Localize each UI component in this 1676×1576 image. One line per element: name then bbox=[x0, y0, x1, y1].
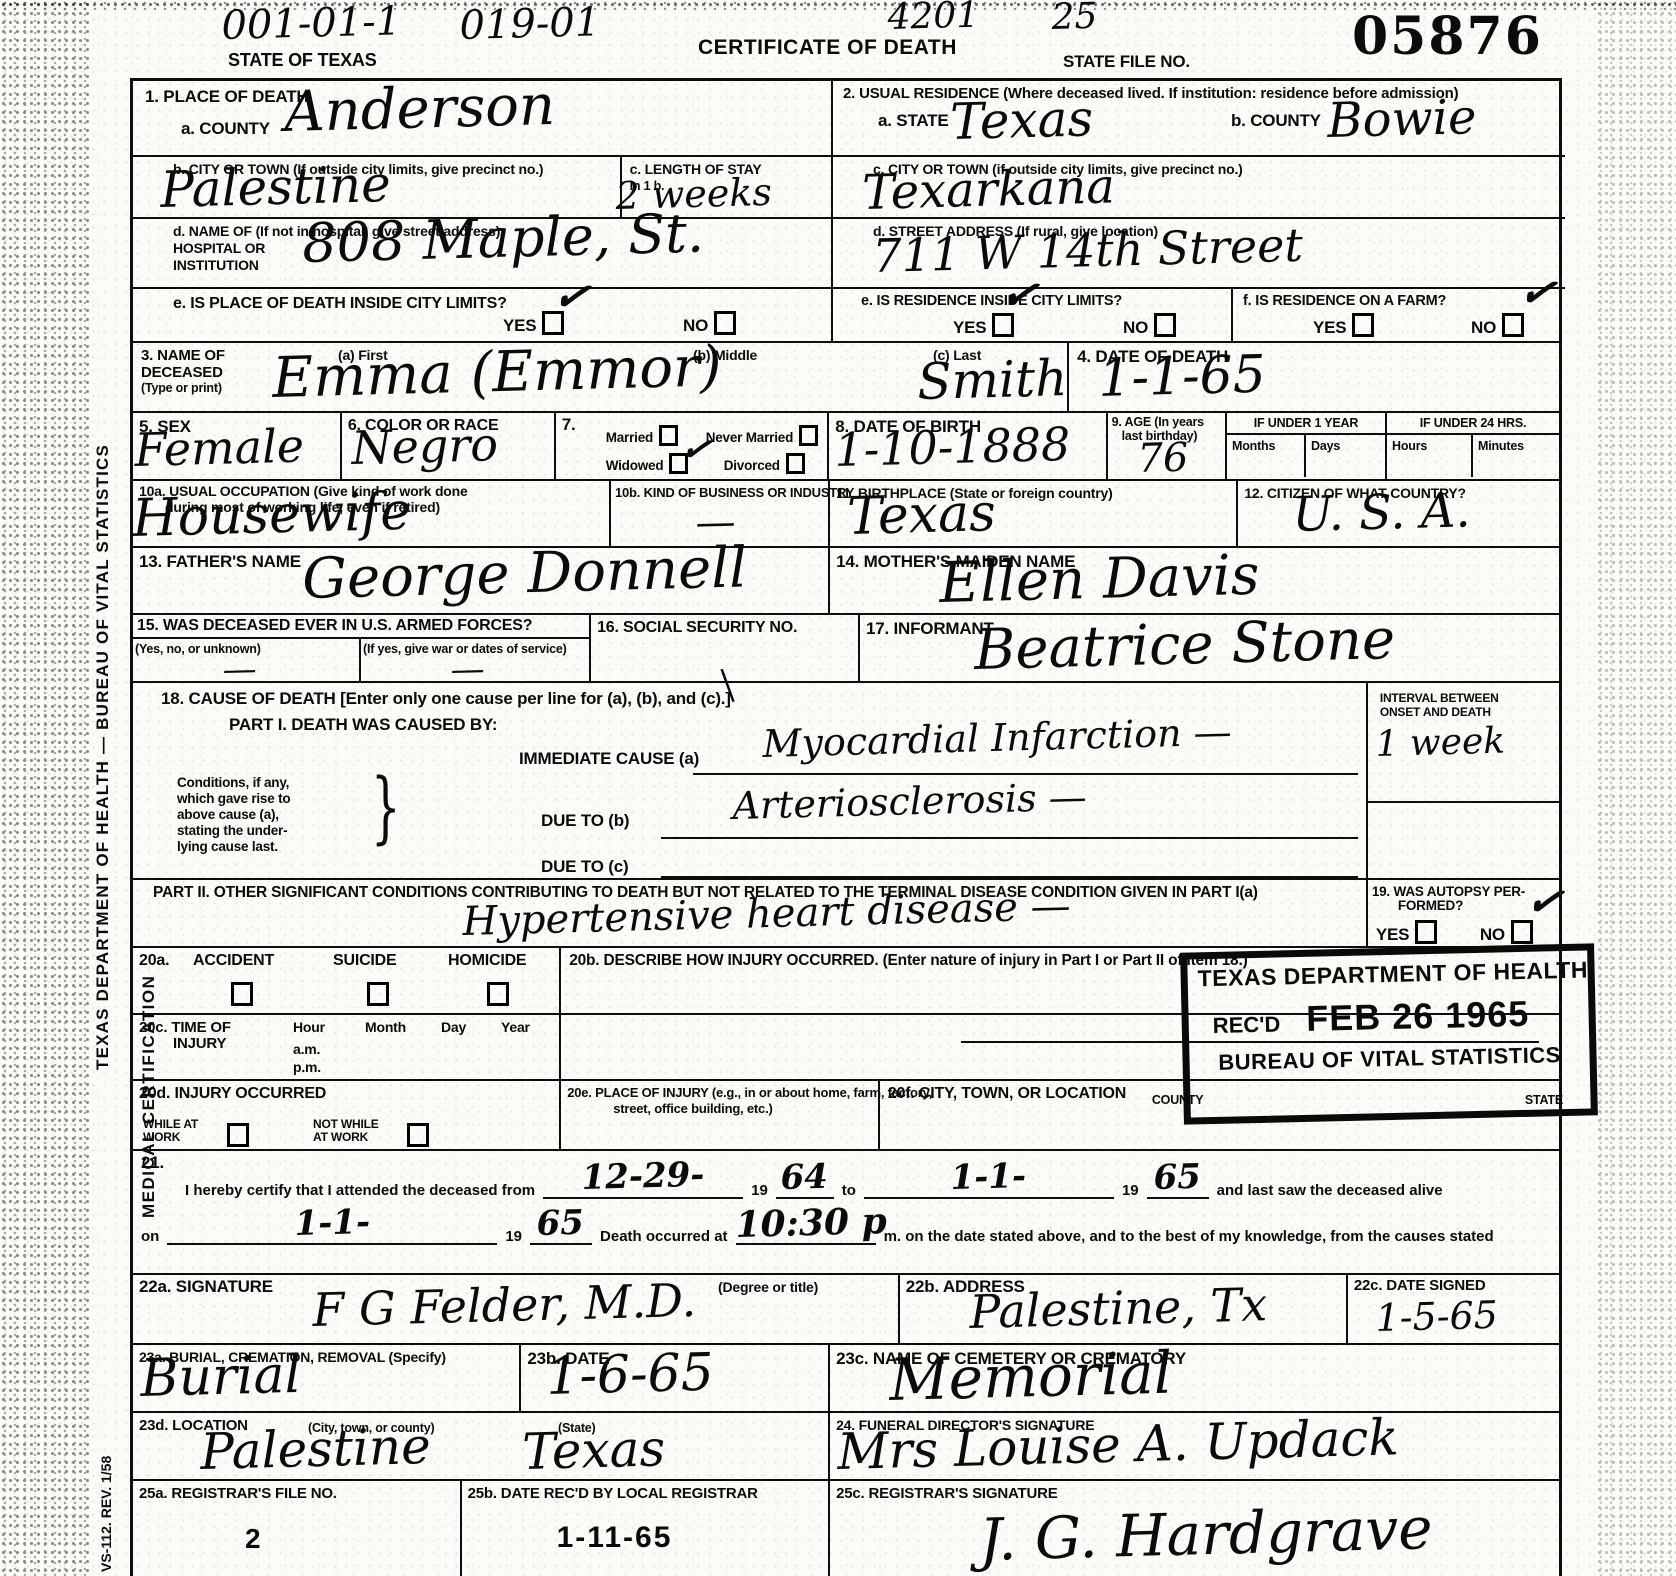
minutes-label: Minutes bbox=[1478, 439, 1524, 453]
not-while-at-work-checkbox bbox=[407, 1123, 429, 1147]
hospital-label-2: HOSPITAL OR bbox=[173, 240, 265, 256]
section-2-usual-residence: 2. USUAL RESIDENCE (Where deceased lived… bbox=[833, 81, 1565, 341]
section-21-certification: 21. I hereby certify that I attended the… bbox=[133, 1151, 1559, 1275]
state-file-no-label: STATE FILE NO. bbox=[1063, 52, 1190, 72]
section-17-informant: 17. INFORMANT Beatrice Stone bbox=[860, 615, 1559, 681]
section-20a-manner: 20a. ACCIDENT SUICIDE HOMICIDE bbox=[133, 948, 561, 1013]
part2-conditions: PART II. OTHER SIGNIFICANT CONDITIONS CO… bbox=[133, 880, 1368, 946]
registrar-signature-label: 25c. REGISTRAR'S SIGNATURE bbox=[836, 1485, 1057, 1502]
birthplace-value: Texas bbox=[847, 487, 997, 543]
year-prefix-1: 19 bbox=[751, 1182, 768, 1199]
death-occurred-label: Death occurred at bbox=[600, 1228, 728, 1245]
month-label: Month bbox=[365, 1019, 406, 1035]
registrar-file-no-value: 2 bbox=[245, 1523, 261, 1555]
res-farm-yes-checkbox bbox=[1352, 313, 1374, 337]
section-16-ssn: 16. SOCIAL SECURITY NO. — bbox=[591, 615, 860, 681]
married-checkbox bbox=[659, 425, 678, 446]
marital-label: 7. bbox=[562, 415, 576, 435]
last-seen-value: 1-1- bbox=[294, 1205, 370, 1241]
registrar-signature-value: J. G. Hardgrave bbox=[979, 1499, 1434, 1569]
business-label: 10b. KIND OF BUSINESS OR INDUSTRY bbox=[615, 485, 854, 500]
immediate-cause-line bbox=[693, 773, 1358, 775]
year-prefix-3: 19 bbox=[505, 1228, 522, 1245]
certificate-form: 1. PLACE OF DEATH a. COUNTY Anderson b. … bbox=[130, 78, 1562, 1576]
date-of-death-value: 1-1-65 bbox=[1098, 349, 1267, 405]
days-label: Days bbox=[1311, 439, 1340, 453]
scan-noise-left bbox=[0, 0, 92, 1576]
location-city-value: Palestine bbox=[200, 1421, 432, 1477]
res-farm-no-check: ✓ bbox=[1515, 268, 1559, 318]
hospital-value: 808 Maple, St. bbox=[302, 207, 705, 271]
not-while-at-work-label-1: NOT WHILE bbox=[313, 1117, 379, 1131]
armed-forces-value1: — bbox=[222, 652, 257, 687]
day-label: Day bbox=[441, 1019, 466, 1035]
if-under-24-hrs: IF UNDER 24 HRS. Hours Minutes bbox=[1387, 413, 1559, 479]
county-label: a. COUNTY bbox=[181, 119, 270, 139]
age-label-1: 9. AGE (In years bbox=[1112, 415, 1204, 429]
section-3-name-of-deceased: 3. NAME OF DECEASED (Type or print) (a) … bbox=[133, 343, 1069, 411]
margin-department-text: TEXAS DEPARTMENT OF HEALTH — BUREAU OF V… bbox=[93, 444, 113, 1070]
while-at-work-checkbox bbox=[227, 1123, 249, 1147]
residence-city-value: Texarkana bbox=[862, 162, 1116, 217]
physician-signature-value: F G Felder, M.D. bbox=[312, 1277, 697, 1333]
year-1-line: 64 bbox=[776, 1177, 834, 1199]
section-25a-registrar-file-no: 25a. REGISTRAR'S FILE NO. 2 bbox=[133, 1481, 462, 1576]
never-married-label: Never Married bbox=[706, 425, 818, 446]
attended-from-line: 12-29- bbox=[543, 1177, 743, 1199]
due-to-b-value: Arteriosclerosis — bbox=[732, 778, 1087, 825]
attended-to-value: 1-1- bbox=[950, 1159, 1026, 1195]
autopsy-yes-label: YES bbox=[1376, 920, 1437, 945]
state-of-texas-label: STATE OF TEXAS bbox=[228, 50, 377, 71]
section-14-mother: 14. MOTHER'S MAIDEN NAME Ellen Davis bbox=[830, 548, 1559, 613]
section-8-date-of-birth: 8. DATE OF BIRTH 1-10-1888 bbox=[829, 413, 1107, 479]
race-value: Negro bbox=[351, 421, 499, 471]
certify-text-2: and last saw the deceased alive bbox=[1217, 1182, 1443, 1199]
hour-label: Hour bbox=[293, 1019, 325, 1035]
name-label-3: (Type or print) bbox=[141, 381, 222, 395]
degree-or-title-label: (Degree or title) bbox=[718, 1279, 818, 1295]
citizen-value: U. S. A. bbox=[1292, 486, 1471, 539]
section-23c-cemetery: 23c. NAME OF CEMETERY OR CREMATORY Memor… bbox=[830, 1345, 1559, 1411]
stamp-recd-label: REC'D bbox=[1212, 1011, 1280, 1039]
section-22b-address: 22b. ADDRESS Palestine, Tx bbox=[900, 1275, 1348, 1343]
father-value: George Donnell bbox=[302, 540, 748, 608]
date-signed-value: 1-5-65 bbox=[1375, 1296, 1498, 1337]
res-farm-yes-label: YES bbox=[1313, 313, 1374, 338]
interval-label-1: INTERVAL BETWEEN bbox=[1380, 691, 1499, 705]
widowed-label: Widowed bbox=[606, 453, 689, 474]
received-stamp: TEXAS DEPARTMENT OF HEALTH REC'D FEB 26 … bbox=[1180, 943, 1598, 1124]
on-label: on bbox=[141, 1228, 159, 1245]
section-4-date-of-death: 4. DATE OF DEATH 1-1-65 bbox=[1069, 343, 1559, 411]
pod-city-limits-yes-check: ✓ bbox=[549, 272, 593, 322]
section-15-armed-forces: 15. WAS DECEASED EVER IN U.S. ARMED FORC… bbox=[133, 615, 591, 681]
cemetery-value: Memorial bbox=[889, 1344, 1173, 1409]
pm-label: p.m. bbox=[293, 1059, 321, 1075]
certify-text-1: I hereby certify that I attended the dec… bbox=[185, 1182, 535, 1199]
to-label: to bbox=[842, 1182, 856, 1199]
year-3-value: 65 bbox=[536, 1206, 584, 1241]
residence-state-value: Texas bbox=[950, 93, 1094, 147]
married-label: Married bbox=[606, 425, 678, 446]
part1-label: PART I. DEATH WAS CAUSED BY: bbox=[229, 715, 497, 735]
section-20e-place-of-injury: 20e. PLACE OF INJURY (e.g., in or about … bbox=[561, 1081, 880, 1149]
res-farm-no-label: NO bbox=[1471, 313, 1524, 338]
hours-label: Hours bbox=[1392, 439, 1427, 453]
place-of-injury-label-1: 20e. PLACE OF INJURY (e.g., in or about … bbox=[567, 1085, 932, 1100]
section-6-color-or-race: 6. COLOR OR RACE Negro bbox=[342, 413, 556, 479]
conditions-brace: } bbox=[371, 769, 401, 847]
homicide-label: HOMICIDE bbox=[448, 952, 526, 970]
armed-forces-value2: — bbox=[450, 652, 485, 687]
suicide-label: SUICIDE bbox=[333, 952, 397, 970]
age-value: 76 bbox=[1137, 438, 1189, 479]
section-23d-location: 23d. LOCATION (City, town, or county) (S… bbox=[133, 1413, 830, 1479]
section-25c-registrar-signature: 25c. REGISTRAR'S SIGNATURE J. G. Hardgra… bbox=[830, 1481, 1559, 1576]
year-2-line: 65 bbox=[1147, 1177, 1209, 1199]
section-24-funeral-director: 24. FUNERAL DIRECTOR'S SIGNATURE Mrs Lou… bbox=[830, 1413, 1559, 1479]
section-22c-date-signed: 22c. DATE SIGNED 1-5-65 bbox=[1348, 1275, 1559, 1343]
accident-label: ACCIDENT bbox=[193, 952, 274, 970]
conditions-line-3: above cause (a), bbox=[177, 807, 279, 822]
under-24-hrs-label: IF UNDER 24 HRS. bbox=[1387, 413, 1559, 435]
section-18-cause-of-death: 18. CAUSE OF DEATH [Enter only one cause… bbox=[133, 683, 1368, 878]
date-recd-value: 1-11-65 bbox=[557, 1521, 673, 1555]
year-1-value: 64 bbox=[780, 1160, 828, 1195]
father-label: 13. FATHER'S NAME bbox=[139, 552, 301, 572]
date-of-birth-value: 1-10-1888 bbox=[834, 421, 1071, 473]
divorced-label: Divorced bbox=[724, 453, 805, 474]
interval-value: 1 week bbox=[1375, 724, 1505, 763]
res-city-limits-no-checkbox bbox=[1154, 313, 1176, 337]
year-label: Year bbox=[501, 1019, 530, 1035]
interval-column: INTERVAL BETWEEN ONSET AND DEATH 1 week bbox=[1368, 683, 1559, 878]
year-3-line: 65 bbox=[530, 1223, 592, 1245]
ssn-label: 16. SOCIAL SECURITY NO. bbox=[597, 619, 797, 637]
physician-signature-label: 22a. SIGNATURE bbox=[139, 1277, 273, 1297]
conditions-line-5: lying cause last. bbox=[177, 839, 278, 854]
section-23b-burial-date: 23b. DATE 1-6-65 bbox=[521, 1345, 830, 1411]
location-state-value: Texas bbox=[522, 1423, 666, 1477]
physician-address-value: Palestine, Tx bbox=[969, 1281, 1268, 1335]
due-to-b-line bbox=[661, 837, 1358, 839]
time-of-injury-label-2: INJURY bbox=[173, 1035, 226, 1052]
am-label: a.m. bbox=[293, 1041, 320, 1057]
margin-form-number: VS-112. REV. 1/58 bbox=[98, 1456, 114, 1572]
year-2-value: 65 bbox=[1153, 1160, 1201, 1195]
accident-checkbox bbox=[231, 982, 253, 1006]
funeral-director-value: Mrs Louise A. Updack bbox=[837, 1412, 1400, 1477]
describe-injury-label: 20b. DESCRIBE HOW INJURY OCCURRED. (Ente… bbox=[569, 952, 1247, 970]
suicide-checkbox bbox=[367, 982, 389, 1006]
section-23a-burial: 23a. BURIAL, CREMATION, REMOVAL (Specify… bbox=[133, 1345, 521, 1411]
name-label-1: 3. NAME OF bbox=[141, 347, 225, 364]
street-address-value: 711 W 14th Street bbox=[872, 222, 1304, 279]
scan-noise-right bbox=[1596, 0, 1676, 1576]
stamp-line-1: TEXAS DEPARTMENT OF HEALTH bbox=[1197, 957, 1578, 993]
first-middle-name-value: Emma (Emmor) bbox=[272, 339, 723, 407]
due-to-b-label: DUE TO (b) bbox=[541, 811, 629, 831]
res-city-limits-no-label: NO bbox=[1123, 313, 1176, 338]
handwritten-code-mid: 019-01 bbox=[459, 2, 601, 46]
last-name-value: Smith bbox=[917, 353, 1068, 407]
handwritten-code-left: 001-01-1 bbox=[221, 1, 402, 46]
manner-label: 20a. bbox=[139, 952, 169, 970]
city-or-town-value: Palestine bbox=[160, 159, 392, 215]
residence-county-label: b. COUNTY bbox=[1231, 111, 1321, 131]
divorced-checkbox bbox=[786, 453, 805, 474]
autopsy-label-1: 19. WAS AUTOPSY PER- bbox=[1372, 884, 1525, 899]
death-time-value: 10:30 p bbox=[735, 1203, 887, 1243]
place-of-injury-label-2: street, office building, etc.) bbox=[613, 1101, 772, 1116]
burial-value: Burial bbox=[140, 1349, 302, 1405]
section-5-sex: 5. SEX Female bbox=[133, 413, 342, 479]
autopsy-yes-checkbox bbox=[1415, 920, 1437, 944]
cause-of-death-label: 18. CAUSE OF DEATH [Enter only one cause… bbox=[161, 689, 731, 709]
mother-value: Ellen Davis bbox=[939, 548, 1261, 612]
stamp-date: FEB 26 1965 bbox=[1306, 993, 1530, 1040]
due-to-c-line bbox=[661, 876, 1358, 878]
if-under-1-year: IF UNDER 1 YEAR Months Days bbox=[1227, 413, 1387, 479]
interval-label-2: ONSET AND DEATH bbox=[1380, 705, 1491, 719]
stamp-line-3: BUREAU OF VITAL STATISTICS bbox=[1199, 1042, 1579, 1077]
pod-city-limits-label: e. IS PLACE OF DEATH INSIDE CITY LIMITS? bbox=[173, 295, 507, 313]
certificate-title: CERTIFICATE OF DEATH bbox=[698, 36, 957, 60]
section-13-father: 13. FATHER'S NAME George Donnell bbox=[133, 548, 830, 613]
interval-divider-line bbox=[1368, 801, 1559, 803]
pod-city-limits-no-label: NO bbox=[683, 311, 736, 336]
sex-value: Female bbox=[134, 423, 305, 473]
certify-text-3: m. on the date stated above, and to the … bbox=[884, 1228, 1494, 1245]
pod-city-limits-no-checkbox bbox=[714, 311, 736, 335]
injury-occurred-label: 20d. INJURY OCCURRED bbox=[139, 1085, 326, 1103]
burial-date-value: 1-6-65 bbox=[546, 1347, 715, 1403]
handwritten-file-code-2: 25 bbox=[1051, 0, 1098, 36]
conditions-line-2: which gave rise to bbox=[177, 791, 290, 806]
not-while-at-work-label-2: AT WORK bbox=[313, 1130, 368, 1144]
never-married-checkbox bbox=[799, 425, 818, 446]
section-7-marital-status: 7. Married Never Married Widowed ✓ Divor… bbox=[556, 413, 830, 479]
hospital-label-3: INSTITUTION bbox=[173, 257, 259, 273]
occupation-value: Housewife bbox=[132, 486, 412, 545]
section-1-place-of-death: 1. PLACE OF DEATH a. COUNTY Anderson b. … bbox=[133, 81, 833, 341]
section-10a-occupation: 10a. USUAL OCCUPATION (Give kind of work… bbox=[133, 481, 611, 546]
autopsy-label-2: FORMED? bbox=[1398, 898, 1463, 913]
date-recd-label: 25b. DATE REC'D BY LOCAL REGISTRAR bbox=[468, 1485, 758, 1502]
section-12-citizen: 12. CITIZEN OF WHAT COUNTRY? U. S. A. bbox=[1238, 481, 1559, 546]
county-value: Anderson bbox=[284, 78, 556, 141]
date-signed-label: 22c. DATE SIGNED bbox=[1354, 1277, 1486, 1294]
autopsy-no-check: ✓ bbox=[1522, 877, 1566, 927]
widowed-check: ✓ bbox=[678, 429, 714, 470]
res-farm-no-checkbox bbox=[1502, 313, 1524, 337]
immediate-cause-label: IMMEDIATE CAUSE (a) bbox=[519, 749, 699, 769]
margin-medical-certification: MEDICAL CERTIFICATION bbox=[139, 975, 159, 1218]
res-city-limits-label: e. IS RESIDENCE INSIDE CITY LIMITS? bbox=[861, 293, 1122, 309]
attended-from-value: 12-29- bbox=[581, 1158, 705, 1195]
res-city-limits-yes-check: ✓ bbox=[997, 270, 1041, 320]
due-to-c-label: DUE TO (c) bbox=[541, 857, 628, 877]
death-time-line: 10:30 p bbox=[736, 1223, 876, 1245]
last-seen-line: 1-1- bbox=[167, 1223, 497, 1245]
immediate-cause-value: Myocardial Infarction — bbox=[762, 713, 1232, 763]
registrar-file-no-label: 25a. REGISTRAR'S FILE NO. bbox=[139, 1485, 337, 1502]
city-town-location-label: 20f. CITY, TOWN, OR LOCATION bbox=[888, 1085, 1126, 1103]
section-25b-date-recd: 25b. DATE REC'D BY LOCAL REGISTRAR 1-11-… bbox=[462, 1481, 830, 1576]
section-9-age: 9. AGE (In years last birthday) 76 bbox=[1108, 413, 1227, 479]
months-label: Months bbox=[1232, 439, 1275, 453]
death-certificate-scan: TEXAS DEPARTMENT OF HEALTH — BUREAU OF V… bbox=[0, 0, 1676, 1576]
res-farm-label: f. IS RESIDENCE ON A FARM? bbox=[1243, 293, 1446, 309]
name-label-2: DECEASED bbox=[141, 364, 223, 381]
section-20c-time-of-injury: 20c. TIME OF INJURY Hour Month Day Year … bbox=[133, 1015, 561, 1079]
section-19-autopsy: 19. WAS AUTOPSY PER- FORMED? YES NO ✓ bbox=[1368, 880, 1559, 946]
handwritten-file-code-1: 4201 bbox=[887, 0, 980, 36]
residence-county-value: Bowie bbox=[1327, 93, 1477, 145]
conditions-line-4: stating the under- bbox=[177, 823, 287, 838]
certificate-number: 05876 bbox=[1352, 6, 1543, 67]
section-20d-injury-occurred: 20d. INJURY OCCURRED WHILE AT WORK NOT W… bbox=[133, 1081, 561, 1149]
conditions-line-1: Conditions, if any, bbox=[177, 775, 289, 790]
attended-to-line: 1-1- bbox=[864, 1177, 1114, 1199]
informant-value: Beatrice Stone bbox=[973, 612, 1395, 679]
armed-forces-label: 15. WAS DECEASED EVER IN U.S. ARMED FORC… bbox=[137, 617, 532, 635]
homicide-checkbox bbox=[487, 982, 509, 1006]
section-22a-signature: 22a. SIGNATURE F G Felder, M.D. (Degree … bbox=[133, 1275, 900, 1343]
under-1-year-label: IF UNDER 1 YEAR bbox=[1227, 413, 1385, 435]
residence-state-label: a. STATE bbox=[878, 111, 949, 131]
section-11-birthplace: 11. BIRTHPLACE (State or foreign country… bbox=[830, 481, 1238, 546]
year-prefix-2: 19 bbox=[1122, 1182, 1139, 1199]
